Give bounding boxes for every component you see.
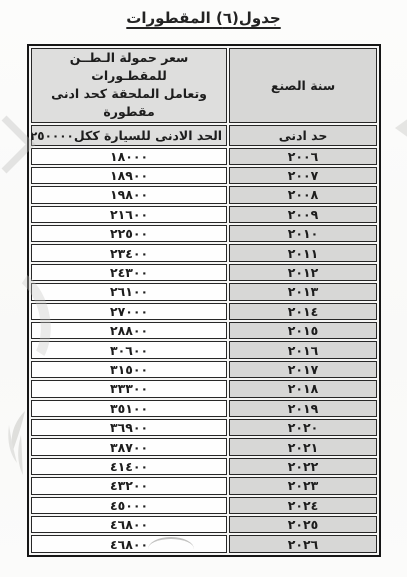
year-cell: ٢٠٠٩ (229, 206, 377, 223)
minimum-year-cell: حد ادنى (229, 125, 377, 146)
year-cell: ٢٠٢١ (229, 438, 377, 455)
table-row: ٢٠١٠ ٢٢٥٠٠ (31, 225, 377, 242)
price-cell: ٣١٥٠٠ (31, 361, 227, 378)
price-cell: ٣٠٦٠٠ (31, 341, 227, 358)
price-cell: ٣٦٩٠٠ (31, 419, 227, 436)
price-cell: ٢٣٤٠٠ (31, 244, 227, 261)
year-cell: ٢٠١٢ (229, 264, 377, 281)
watermark-triangle (395, 108, 407, 148)
table-row: ٢٠١٩ ٣٥١٠٠ (31, 400, 377, 417)
minimum-row: حد ادنى الحد الادنى للسيارة ككل٢٥٠٠٠٠ (31, 125, 377, 146)
table-body: سنة الصنع سعر حمولة الـطــن للمقطـورات و… (31, 48, 377, 553)
table-row: ٢٠٠٦ ١٨٠٠٠ (31, 148, 377, 165)
table-row: ٢٠٢٤ ٤٥٠٠٠ (31, 497, 377, 514)
price-header-line1: سعر حمولة الـطــن للمقطـورات (36, 49, 222, 85)
table-row: ٢٠٢٢ ٤١٤٠٠ (31, 458, 377, 475)
year-cell: ٢٠١٩ (229, 400, 377, 417)
year-cell: ٢٠١٤ (229, 303, 377, 320)
year-cell: ٢٠٢٣ (229, 477, 377, 494)
table-row: ٢٠٢٦ ٤٦٨٠٠ (31, 535, 377, 552)
price-header-line2: وتعامل الملحقة كحد ادنى مقطورة (36, 85, 222, 121)
year-cell: ٢٠٢٠ (229, 419, 377, 436)
year-cell: ٢٠٢٥ (229, 516, 377, 533)
table-row: ٢٠٠٨ ١٩٨٠٠ (31, 186, 377, 203)
table-row: ٢٠٠٧ ١٨٩٠٠ (31, 167, 377, 184)
year-cell: ٢٠١٧ (229, 361, 377, 378)
table-row: ٢٠١٤ ٢٧٠٠٠ (31, 303, 377, 320)
price-cell: ٣٥١٠٠ (31, 400, 227, 417)
year-cell: ٢٠٢٦ (229, 535, 377, 552)
year-cell: ٢٠١٣ (229, 283, 377, 300)
price-cell: ٣٨٧٠٠ (31, 438, 227, 455)
year-cell: ٢٠١٥ (229, 322, 377, 339)
price-cell: ٢٦١٠٠ (31, 283, 227, 300)
year-cell: ٢٠١٦ (229, 341, 377, 358)
table-row: ٢٠١٣ ٢٦١٠٠ (31, 283, 377, 300)
price-cell: ١٨٩٠٠ (31, 167, 227, 184)
year-cell: ٢٠١٠ (229, 225, 377, 242)
minimum-price-label: الحد الادنى للسيارة ككل (74, 128, 222, 143)
price-column-header: سعر حمولة الـطــن للمقطـورات وتعامل المل… (31, 48, 227, 123)
table-row: ٢٠١٨ ٣٣٣٠٠ (31, 380, 377, 397)
table-row: ٢٠١٢ ٢٤٣٠٠ (31, 264, 377, 281)
year-cell: ٢٠٠٧ (229, 167, 377, 184)
table-row: ٢٠٢٣ ٤٣٢٠٠ (31, 477, 377, 494)
price-cell: ١٩٨٠٠ (31, 186, 227, 203)
table-row: ٢٠١١ ٢٣٤٠٠ (31, 244, 377, 261)
year-cell: ٢٠١٨ (229, 380, 377, 397)
table-row: ٢٠٠٩ ٢١٦٠٠ (31, 206, 377, 223)
table-row: ٢٠١٦ ٣٠٦٠٠ (31, 341, 377, 358)
year-cell: ٢٠١١ (229, 244, 377, 261)
table-row: ٢٠١٥ ٢٨٨٠٠ (31, 322, 377, 339)
price-cell: ٢١٦٠٠ (31, 206, 227, 223)
table-row: ٢٠١٧ ٣١٥٠٠ (31, 361, 377, 378)
price-cell: ٤٥٠٠٠ (31, 497, 227, 514)
year-cell: ٢٠٠٨ (229, 186, 377, 203)
price-cell: ٢٧٠٠٠ (31, 303, 227, 320)
document-page: جدول(٦) المقطورات سنة الصنع سعر حمولة ال… (0, 0, 407, 577)
trailers-table: سنة الصنع سعر حمولة الـطــن للمقطـورات و… (27, 44, 381, 557)
price-cell: ٤٦٨٠٠ (31, 535, 227, 552)
year-cell: ٢٠٠٦ (229, 148, 377, 165)
price-cell: ٣٣٣٠٠ (31, 380, 227, 397)
table-row: ٢٠٢١ ٣٨٧٠٠ (31, 438, 377, 455)
price-cell: ٢٢٥٠٠ (31, 225, 227, 242)
table-row: ٢٠٢٥ ٤٦٨٠٠ (31, 516, 377, 533)
year-cell: ٢٠٢٤ (229, 497, 377, 514)
price-cell: ٤٣٢٠٠ (31, 477, 227, 494)
minimum-price-cell: الحد الادنى للسيارة ككل٢٥٠٠٠٠ (31, 125, 227, 146)
price-cell: ٢٤٣٠٠ (31, 264, 227, 281)
price-cell: ١٨٠٠٠ (31, 148, 227, 165)
year-cell: ٢٠٢٢ (229, 458, 377, 475)
price-cell: ٤٦٨٠٠ (31, 516, 227, 533)
minimum-price-value: ٢٥٠٠٠٠ (31, 129, 74, 143)
header-row: سنة الصنع سعر حمولة الـطــن للمقطـورات و… (31, 48, 377, 123)
price-cell: ٤١٤٠٠ (31, 458, 227, 475)
table-row: ٢٠٢٠ ٣٦٩٠٠ (31, 419, 377, 436)
price-cell: ٢٨٨٠٠ (31, 322, 227, 339)
year-column-header: سنة الصنع (229, 48, 377, 123)
page-title: جدول(٦) المقطورات (0, 9, 407, 27)
